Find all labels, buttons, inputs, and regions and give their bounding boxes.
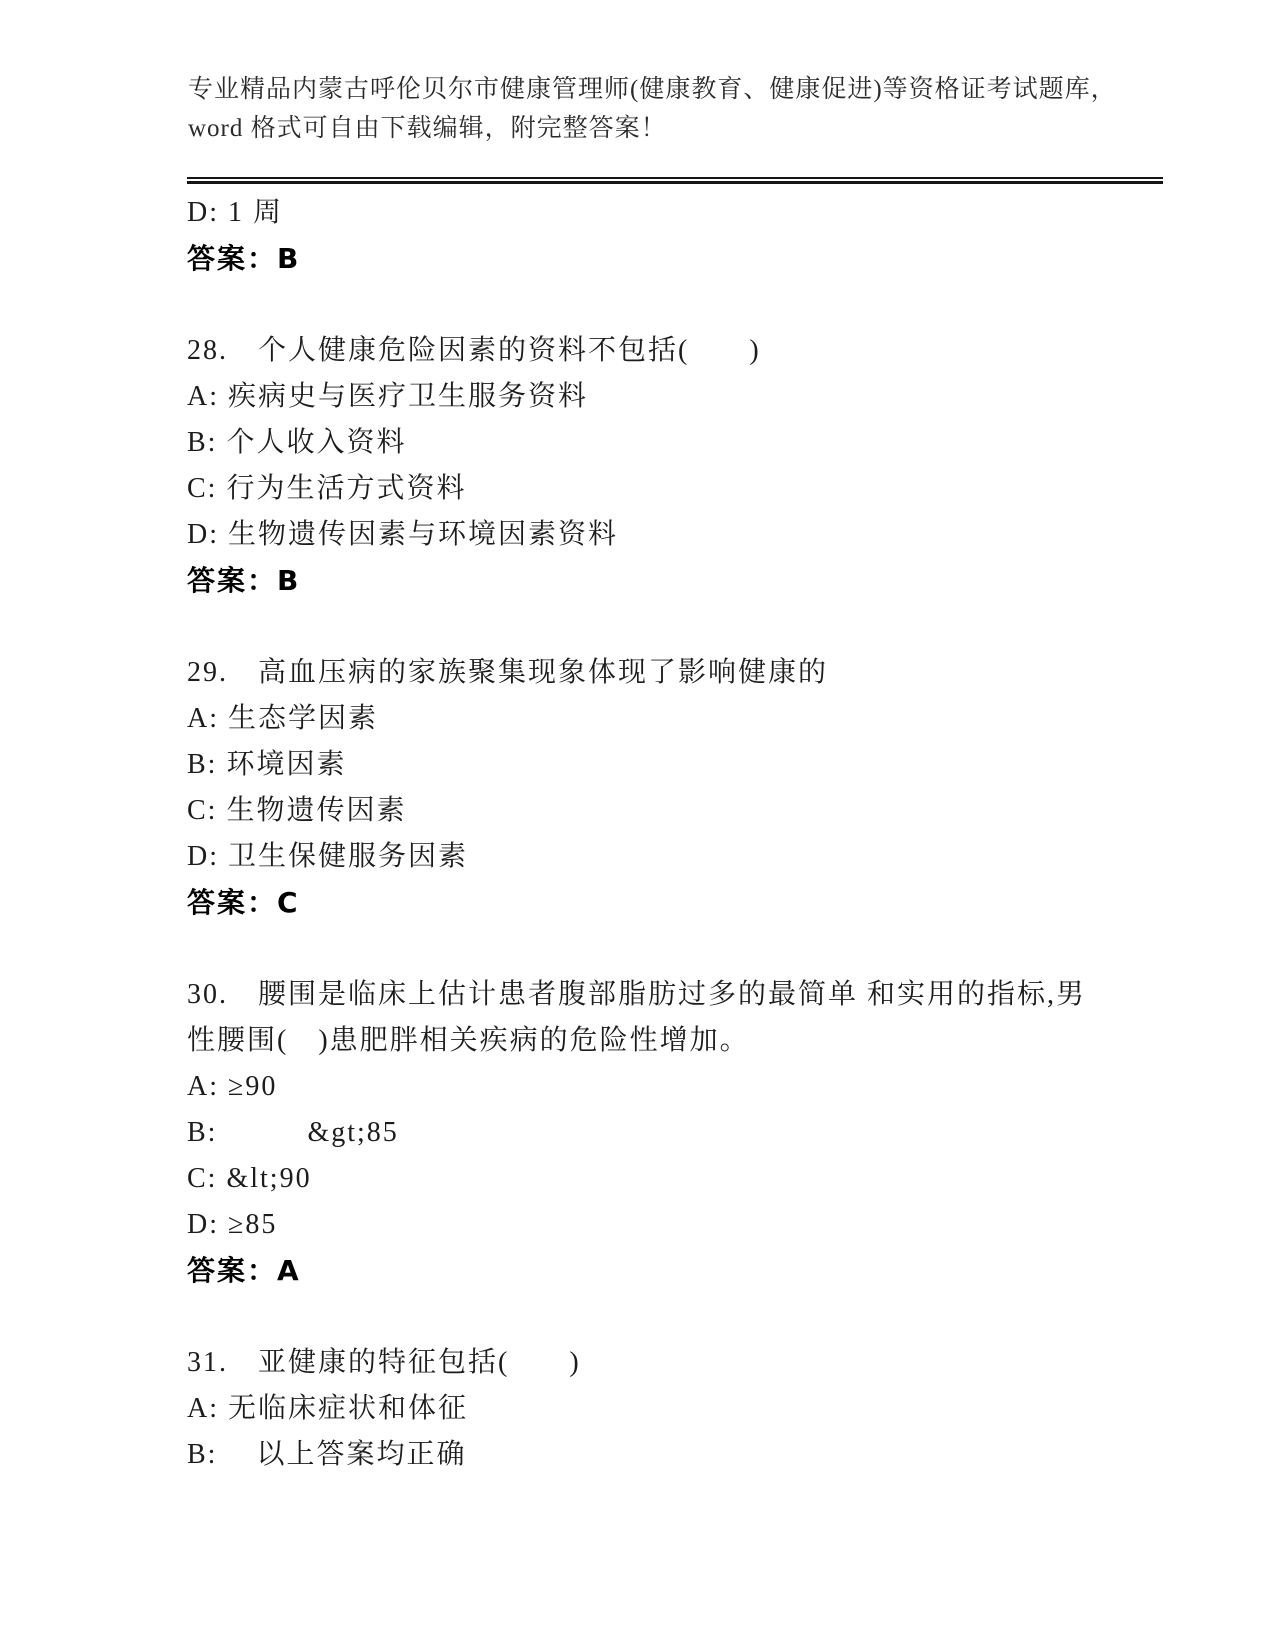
question-31-block: 31. 亚健康的特征包括( ) A: 无临床症状和体征 B: 以上答案均正确: [187, 1340, 1215, 1478]
header-line-2: word 格式可自由下载编辑，附完整答案！: [188, 109, 1215, 148]
question-30-option-c: C: &lt;90: [187, 1156, 1215, 1202]
question-28-option-c: C: 行为生活方式资料: [187, 466, 1215, 512]
question-30-block: 30. 腰围是临床上估计患者腹部脂肪过多的最简单 和实用的指标,男 性腰围( )…: [187, 972, 1215, 1294]
question-30-option-a: A: ≥90: [187, 1064, 1215, 1110]
question-29-option-d: D: 卫生保健服务因素: [187, 834, 1215, 880]
question-30-option-d: D: ≥85: [187, 1202, 1215, 1248]
question-29-option-c: C: 生物遗传因素: [187, 788, 1215, 834]
header-divider-rule: [187, 177, 1163, 184]
question-29-option-a: A: 生态学因素: [187, 696, 1215, 742]
question-28-option-b: B: 个人收入资料: [187, 420, 1215, 466]
question-30-option-b: B: &gt;85: [187, 1110, 1215, 1156]
question-29-option-b: B: 环境因素: [187, 742, 1215, 788]
question-30-answer: 答案：A: [187, 1248, 1215, 1294]
question-30-title-line-1: 30. 腰围是临床上估计患者腹部脂肪过多的最简单 和实用的指标,男: [187, 972, 1215, 1018]
question-28-block: 28. 个人健康危险因素的资料不包括( ) A: 疾病史与医疗卫生服务资料 B:…: [187, 328, 1215, 604]
question-31-option-b: B: 以上答案均正确: [187, 1432, 1215, 1478]
question-29-block: 29. 高血压病的家族聚集现象体现了影响健康的 A: 生态学因素 B: 环境因素…: [187, 650, 1215, 926]
question-29-answer: 答案：C: [187, 880, 1215, 926]
carryover-question-block: D: 1 周 答案：B: [187, 190, 1215, 282]
question-28-answer: 答案：B: [187, 558, 1215, 604]
question-30-title-line-2: 性腰围( )患肥胖相关疾病的危险性增加。: [187, 1018, 1215, 1064]
question-28-option-a: A: 疾病史与医疗卫生服务资料: [187, 374, 1215, 420]
question-31-title: 31. 亚健康的特征包括( ): [187, 1340, 1215, 1386]
document-page: 专业精品内蒙古呼伦贝尔市健康管理师(健康教育、健康促进)等资格证考试题库， wo…: [0, 0, 1275, 1650]
question-28-option-d: D: 生物遗传因素与环境因素资料: [187, 512, 1215, 558]
document-body: D: 1 周 答案：B 28. 个人健康危险因素的资料不包括( ) A: 疾病史…: [0, 184, 1275, 1478]
question-29-title: 29. 高血压病的家族聚集现象体现了影响健康的: [187, 650, 1215, 696]
carryover-option-d: D: 1 周: [187, 190, 1215, 236]
header-line-1: 专业精品内蒙古呼伦贝尔市健康管理师(健康教育、健康促进)等资格证考试题库，: [188, 70, 1215, 109]
question-28-title: 28. 个人健康危险因素的资料不包括( ): [187, 328, 1215, 374]
document-header: 专业精品内蒙古呼伦贝尔市健康管理师(健康教育、健康促进)等资格证考试题库， wo…: [0, 0, 1275, 148]
question-31-option-a: A: 无临床症状和体征: [187, 1386, 1215, 1432]
carryover-answer: 答案：B: [187, 236, 1215, 282]
